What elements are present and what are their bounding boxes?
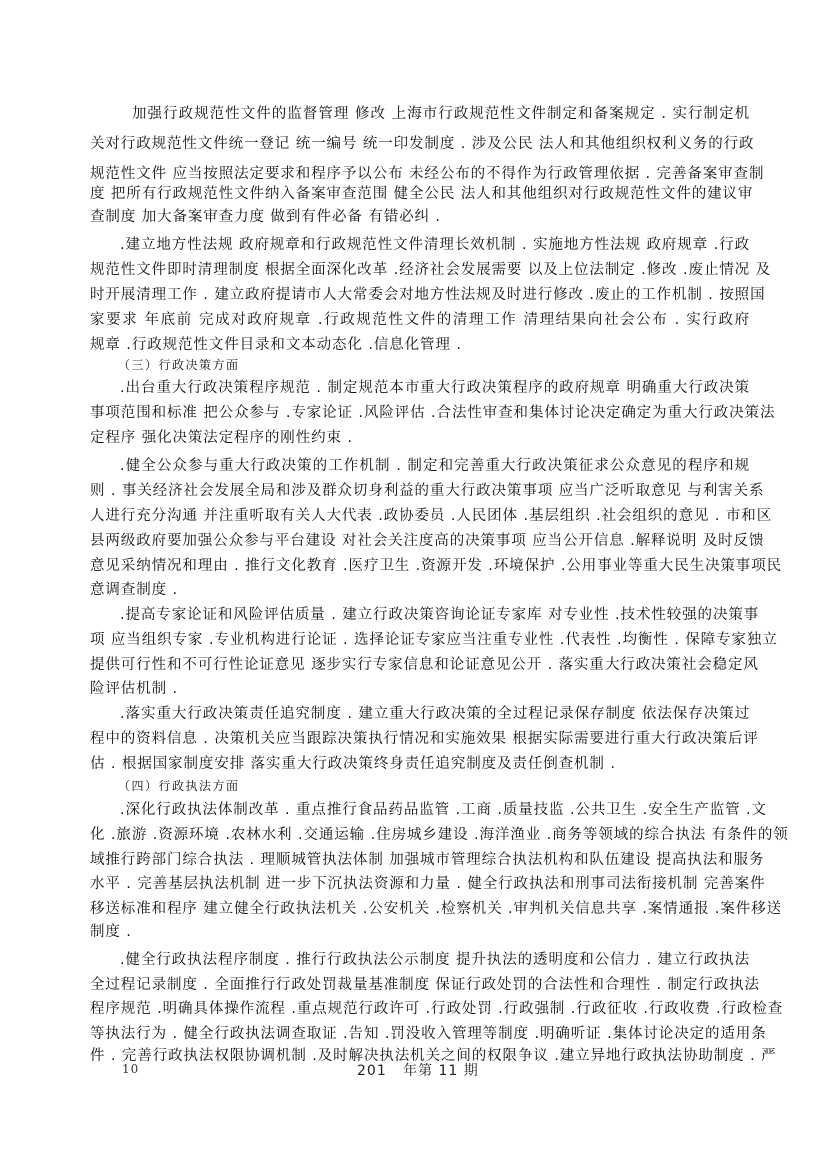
paragraph-2-line-5: 规章 .行政规范性文件目录和文本动态化 .信息化管理 . — [90, 335, 750, 355]
paragraph-7-line-6: 制度 . — [90, 922, 750, 942]
paragraph-7-line-3: 域推行跨部门综合执法 . 理顺城管执法体制 加强城市管理综合执法机构和队伍建设 … — [90, 850, 750, 870]
paragraph-7-line-5: 移送标准和程序 建立健全行政执法机关 .公安机关 .检察机关 .审判机关信息共享… — [90, 899, 750, 919]
paragraph-7-line-4: 水平 . 完善基层执法机制 进一步下沉执法资源和力量 . 健全行政执法和刑事司法… — [90, 874, 750, 894]
footer-issue: 201 年第 11 期 — [357, 1060, 479, 1080]
paragraph-4-line-2: 则 . 事关经济社会发展全局和涉及群众切身利益的重大行政决策事项 应当广泛听取意… — [90, 481, 750, 501]
paragraph-5-line-2: 项 应当组织专家 .专业机构进行论证 . 选择论证专家应当注重专业性 .代表性 … — [90, 630, 750, 650]
paragraph-6-line-2: 程中的资料信息 . 决策机关应当跟踪决策执行情况和实施效果 根据实际需要进行重大… — [90, 729, 750, 749]
paragraph-1-line-5: 查制度 加大备案审查力度 做到有件必备 有错必纠 . — [90, 207, 750, 227]
paragraph-4-line-4: 县两级政府要加强公众参与平台建设 对社会关注度高的决策事项 应当公开信息 .解释… — [90, 531, 750, 551]
paragraph-4-line-3: 人进行充分沟通 并注重听取有关人大代表 .政协委员 .人民团体 .基层组织 .社… — [90, 506, 750, 526]
paragraph-3-line-1: .出台重大行政决策程序规范 . 制定规范本市重大行政决策程序的政府规章 明确重大… — [120, 378, 750, 398]
paragraph-5-line-3: 提供可行性和不可行性论证意见 逐步实行专家信息和论证意见公开 . 落实重大行政决… — [90, 655, 750, 675]
paragraph-2-line-2: 规范性文件即时清理制度 根据全面深化改革 .经济社会发展需要 以及上位法制定 .… — [90, 260, 750, 280]
paragraph-2-line-4: 家要求 年底前 完成对政府规章 .行政规范性文件的清理工作 清理结果向社会公布 … — [90, 310, 750, 330]
paragraph-5-line-1: .提高专家论证和风险评估质量 . 建立行政决策咨询论证专家库 对专业性 .技术性… — [120, 605, 750, 625]
paragraph-1-line-2: 关对行政规范性文件统一登记 统一编号 统一印发制度 . 涉及公民 法人和其他组织… — [90, 134, 750, 154]
paragraph-4-line-1: .健全公众参与重大行政决策的工作机制 . 制定和完善重大行政决策征求公众意见的程… — [120, 456, 750, 476]
paragraph-1-line-3: 规范性文件 应当按照法定要求和程序予以公布 未经公布的不得作为行政管理依据 . … — [90, 164, 750, 184]
paragraph-8-line-3: 程序规范 .明确具体操作流程 .重点规范行政许可 .行政处罚 .行政强制 .行政… — [90, 999, 750, 1019]
paragraph-6-line-1: .落实重大行政决策责任追究制度 . 建立重大行政决策的全过程记录保存制度 依法保… — [120, 704, 750, 724]
paragraph-8-line-1: .健全行政执法程序制度 . 推行行政执法公示制度 提升执法的透明度和公信力 . … — [120, 950, 750, 970]
section-heading-4: （四）行政执法方面 — [118, 777, 240, 795]
paragraph-1-line-4: 度 把所有行政规范性文件纳入备案审查范围 健全公民 法人和其他组织对行政规范性文… — [90, 184, 750, 204]
paragraph-6-line-3: 估 . 根据国家制度安排 落实重大行政决策终身责任追究制度及责任倒查机制 . — [90, 754, 750, 774]
footer-page-number: 10 — [122, 1062, 139, 1076]
paragraph-7-line-1: .深化行政执法体制改革 . 重点推行食品药品监管 .工商 .质量技监 .公共卫生… — [120, 800, 750, 820]
paragraph-4-line-6: 意调查制度 . — [90, 580, 750, 600]
document-page: 加强行政规范性文件的监督管理 修改 上海市行政规范性文件制定和备案规定 . 实行… — [0, 0, 827, 1170]
paragraph-4-line-5: 意见采纳情况和理由 . 推行文化教育 .医疗卫生 .资源开发 .环境保护 .公用… — [90, 556, 750, 576]
paragraph-2-line-3: 时开展清理工作 . 建立政府提请市人大常委会对地方性法规及时进行修改 .废止的工… — [90, 285, 750, 305]
paragraph-8-line-4: 等执法行为 . 健全行政执法调查取证 .告知 .罚没收入管理等制度 .明确听证 … — [90, 1024, 750, 1044]
paragraph-1-line-1: 加强行政规范性文件的监督管理 修改 上海市行政规范性文件制定和备案规定 . 实行… — [132, 104, 750, 124]
paragraph-8-line-2: 全过程记录制度 . 全面推行行政处罚裁量基准制度 保证行政处罚的合法性和合理性 … — [90, 975, 750, 995]
section-heading-3: （三）行政决策方面 — [118, 356, 240, 374]
paragraph-3-line-2: 事项范围和标准 把公众参与 .专家论证 .风险评估 .合法性审查和集体讨论决定确… — [90, 403, 750, 423]
paragraph-5-line-4: 险评估机制 . — [90, 679, 750, 699]
paragraph-2-line-1: .建立地方性法规 政府规章和行政规范性文件清理长效机制 . 实施地方性法规 政府… — [120, 235, 750, 255]
paragraph-3-line-3: 定程序 强化决策法定程序的刚性约束 . — [90, 428, 750, 448]
paragraph-7-line-2: 化 .旅游 .资源环境 .农林水利 .交通运输 .住房城乡建设 .海洋渔业 .商… — [90, 825, 750, 845]
